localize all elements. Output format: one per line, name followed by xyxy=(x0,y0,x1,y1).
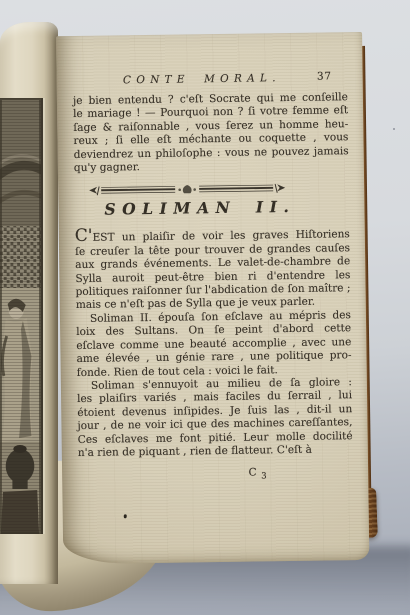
signature-number: 3 xyxy=(261,471,267,481)
chapter-title: SOLIMAN II. xyxy=(104,197,349,219)
running-header: CONTE MORAL. 37 xyxy=(73,70,348,89)
gathering-signature: C3 xyxy=(249,466,354,479)
intro-paragraph: je bien entendu ? c'eſt Socrate qui me c… xyxy=(73,91,349,175)
paragraph: Soliman s'ennuyoit au milieu de ſa gloir… xyxy=(77,376,353,460)
paragraph: Soliman II. épouſa ſon eſclave au mépris… xyxy=(76,309,352,380)
page-number: 37 xyxy=(317,70,332,82)
photo-of-open-book: CONTE MORAL. 37 je bien entendu ? c'eſt … xyxy=(0,0,410,615)
frontispiece-engraving xyxy=(0,98,43,534)
text-line: qu'y gagner. xyxy=(74,158,349,175)
ink-speck xyxy=(124,514,127,518)
facing-page-curl xyxy=(0,22,58,584)
section-divider-ornament xyxy=(87,183,287,197)
book-page: CONTE MORAL. 37 je bien entendu ? c'eſt … xyxy=(56,32,369,564)
engraving-image xyxy=(0,98,41,534)
signature-letter: C xyxy=(249,467,258,479)
page-text-block: CONTE MORAL. 37 je bien entendu ? c'eſt … xyxy=(56,32,369,564)
running-title: CONTE MORAL. xyxy=(123,72,281,86)
open-book: CONTE MORAL. 37 je bien entendu ? c'eſt … xyxy=(0,22,382,608)
backdrop-speck xyxy=(393,128,395,130)
paragraph: C'EST un plaiſir de voir les graves Hiſt… xyxy=(75,225,351,313)
text-line: n'a rien de piquant , rien de flatteur. … xyxy=(78,443,353,460)
